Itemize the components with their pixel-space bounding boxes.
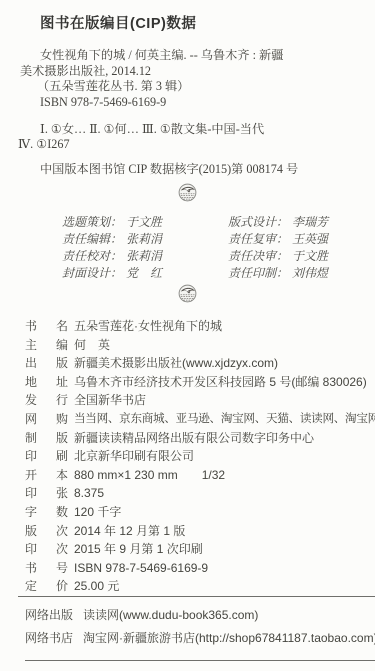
online-value: 读读网(www.dudu-book365.com) [83,604,258,627]
pub-info-value: 乌鲁木齐市经济技术开发区科技园路 5 号(邮编 830026) [74,373,367,392]
pub-info-row-sheets: 印张8.375 [25,484,375,503]
pub-info-row-publisher: 出版新疆美术摄影出版社(www.xjdzyx.com) [25,354,375,373]
publication-info-list: 书名五朵雪莲花·女性视角下的城 主编何 英 出版新疆美术摄影出版社(www.xj… [0,317,375,596]
credit-name: 张莉涓 [126,232,162,246]
divider-line [25,660,375,661]
cip-classification: Ⅰ. ①女… Ⅱ. ①何… Ⅲ. ①散文集-中国-当代 Ⅳ. ①I267 [18,122,375,152]
pub-info-value: 何 英 [74,336,110,355]
pub-info-label: 出版 [25,354,68,373]
ornament-divider [0,183,375,202]
pub-info-row-format: 开本880 mm×1 230 mm 1/32 [25,466,375,485]
credit-label: 责任校对： [62,249,122,263]
divider-line [18,596,375,597]
cip-record-line-2: 美术摄影出版社, 2014.12 [20,64,365,80]
cip-record-line-1: 女性视角下的城 / 何英主编. -- 乌鲁木齐 : 新疆 [20,48,365,64]
pub-info-row-wordcount: 字数120 千字 [25,503,375,522]
classification-line-2: Ⅳ. ①I267 [18,137,375,152]
credit-item: 责任印制：刘伟煜 [228,265,328,282]
credit-item: 选题策划：于文胜 [62,214,228,231]
credit-name: 于文胜 [126,215,162,229]
pub-info-value: 北京新华印刷有限公司 [74,447,194,466]
credit-item: 责任决审：于文胜 [228,248,328,265]
credit-name: 李瑞芳 [292,215,328,229]
ornament-divider [0,284,375,303]
pub-info-value: 新疆读读精品网络出版有限公司数字印务中心 [74,429,314,448]
credit-item: 封面设计：党 红 [62,265,228,282]
pub-info-label: 书号 [25,559,68,578]
pub-info-label: 印次 [25,540,68,559]
online-value: 淘宝网·新疆旅游书店(http://shop67841187.taobao.co… [83,627,375,650]
cip-record: 女性视角下的城 / 何英主编. -- 乌鲁木齐 : 新疆 美术摄影出版社, 20… [20,48,365,110]
credit-name: 王英强 [292,232,328,246]
publisher-dove-emblem-icon [178,284,197,303]
pub-info-row-title: 书名五朵雪莲花·女性视角下的城 [25,317,375,336]
pub-info-row-online-stores: 网购当当网、京东商城、亚马逊、淘宝网、天猫、读读网、淘宝网·新疆旅游书店 [25,410,375,429]
pub-info-value: 8.375 [74,484,104,503]
pub-info-row-printer: 印刷北京新华印刷有限公司 [25,447,375,466]
pub-info-label: 版次 [25,522,68,541]
staff-credits: 选题策划：于文胜 责任编辑：张莉涓 责任校对：张莉涓 封面设计：党 红 版式设计… [0,214,375,282]
credit-item: 责任编辑：张莉涓 [62,231,228,248]
credit-name: 张莉涓 [126,249,162,263]
pub-info-value: 120 千字 [74,503,121,522]
pub-info-row-platemaking: 制版新疆读读精品网络出版有限公司数字印务中心 [25,429,375,448]
credit-label: 责任复审： [228,232,288,246]
pub-info-row-editor: 主编何 英 [25,336,375,355]
credit-label: 责任编辑： [62,232,122,246]
classification-line-1: Ⅰ. ①女… Ⅱ. ①何… Ⅲ. ①散文集-中国-当代 [18,122,375,137]
pub-info-label: 印张 [25,484,68,503]
cip-record-line-4: ISBN 978-7-5469-6169-9 [20,95,365,111]
pub-info-row-isbn: 书号ISBN 978-7-5469-6169-9 [25,559,375,578]
cip-record-line-3: （五朵雪莲花丛书. 第 3 辑） [20,79,365,95]
pub-info-value: 880 mm×1 230 mm 1/32 [74,466,225,485]
credit-name: 党 红 [126,266,162,280]
pub-info-label: 字数 [25,503,68,522]
pub-info-value: 全国新华书店 [74,391,146,410]
credits-left-column: 选题策划：于文胜 责任编辑：张莉涓 责任校对：张莉涓 封面设计：党 红 [62,214,228,282]
pub-info-label: 定价 [25,577,68,596]
pub-info-label: 地址 [25,373,68,392]
pub-info-row-edition: 版次2014 年 12 月第 1 版 [25,522,375,541]
pub-info-label: 开本 [25,466,68,485]
pub-info-row-price: 定价25.00 元 [25,577,375,596]
credit-item: 责任复审：王英强 [228,231,328,248]
credit-item: 版式设计：李瑞芳 [228,214,328,231]
pub-info-value: 当当网、京东商城、亚马逊、淘宝网、天猫、读读网、淘宝网·新疆旅游书店 [74,410,375,429]
pub-info-row-address: 地址乌鲁木齐市经济技术开发区科技园路 5 号(邮编 830026) [25,373,375,392]
credits-right-column: 版式设计：李瑞芳 责任复审：王英强 责任决审：于文胜 责任印制：刘伟煜 [228,214,328,282]
pub-info-value: 2015 年 9 月第 1 次印刷 [74,540,203,559]
credit-label: 责任印制： [228,266,288,280]
publisher-dove-emblem-icon [178,183,197,202]
cip-copyright-page: 图书在版编目(CIP)数据 女性视角下的城 / 何英主编. -- 乌鲁木齐 : … [0,0,375,671]
pub-info-value: ISBN 978-7-5469-6169-9 [74,559,208,578]
online-publishing-list: 网络出版读读网(www.dudu-book365.com) 网络书店淘宝网·新疆… [0,604,375,650]
pub-info-value: 新疆美术摄影出版社(www.xjdzyx.com) [74,354,278,373]
pub-info-row-impression: 印次2015 年 9 月第 1 次印刷 [25,540,375,559]
cip-header: 图书在版编目(CIP)数据 [40,0,375,34]
credit-label: 责任决审： [228,249,288,263]
online-label: 网络出版 [25,604,73,627]
online-row-publishing: 网络出版读读网(www.dudu-book365.com) [25,604,375,627]
pub-info-label: 主编 [25,336,68,355]
credit-label: 封面设计： [62,266,122,280]
online-row-bookstore: 网络书店淘宝网·新疆旅游书店(http://shop67841187.taoba… [25,627,375,650]
pub-info-label: 网购 [25,410,68,429]
credit-name: 于文胜 [292,249,328,263]
online-label: 网络书店 [25,627,73,650]
cip-record-number: 中国版本图书馆 CIP 数据核字(2015)第 008174 号 [40,161,375,177]
credit-label: 版式设计： [228,215,288,229]
credit-item: 责任校对：张莉涓 [62,248,228,265]
pub-info-label: 书名 [25,317,68,336]
pub-info-label: 印刷 [25,447,68,466]
pub-info-value: 25.00 元 [74,577,119,596]
pub-info-value: 五朵雪莲花·女性视角下的城 [74,317,222,336]
pub-info-value: 2014 年 12 月第 1 版 [74,522,185,541]
pub-info-label: 制版 [25,429,68,448]
credit-name: 刘伟煜 [292,266,328,280]
pub-info-row-distribution: 发行全国新华书店 [25,391,375,410]
credit-label: 选题策划： [62,215,122,229]
pub-info-label: 发行 [25,391,68,410]
